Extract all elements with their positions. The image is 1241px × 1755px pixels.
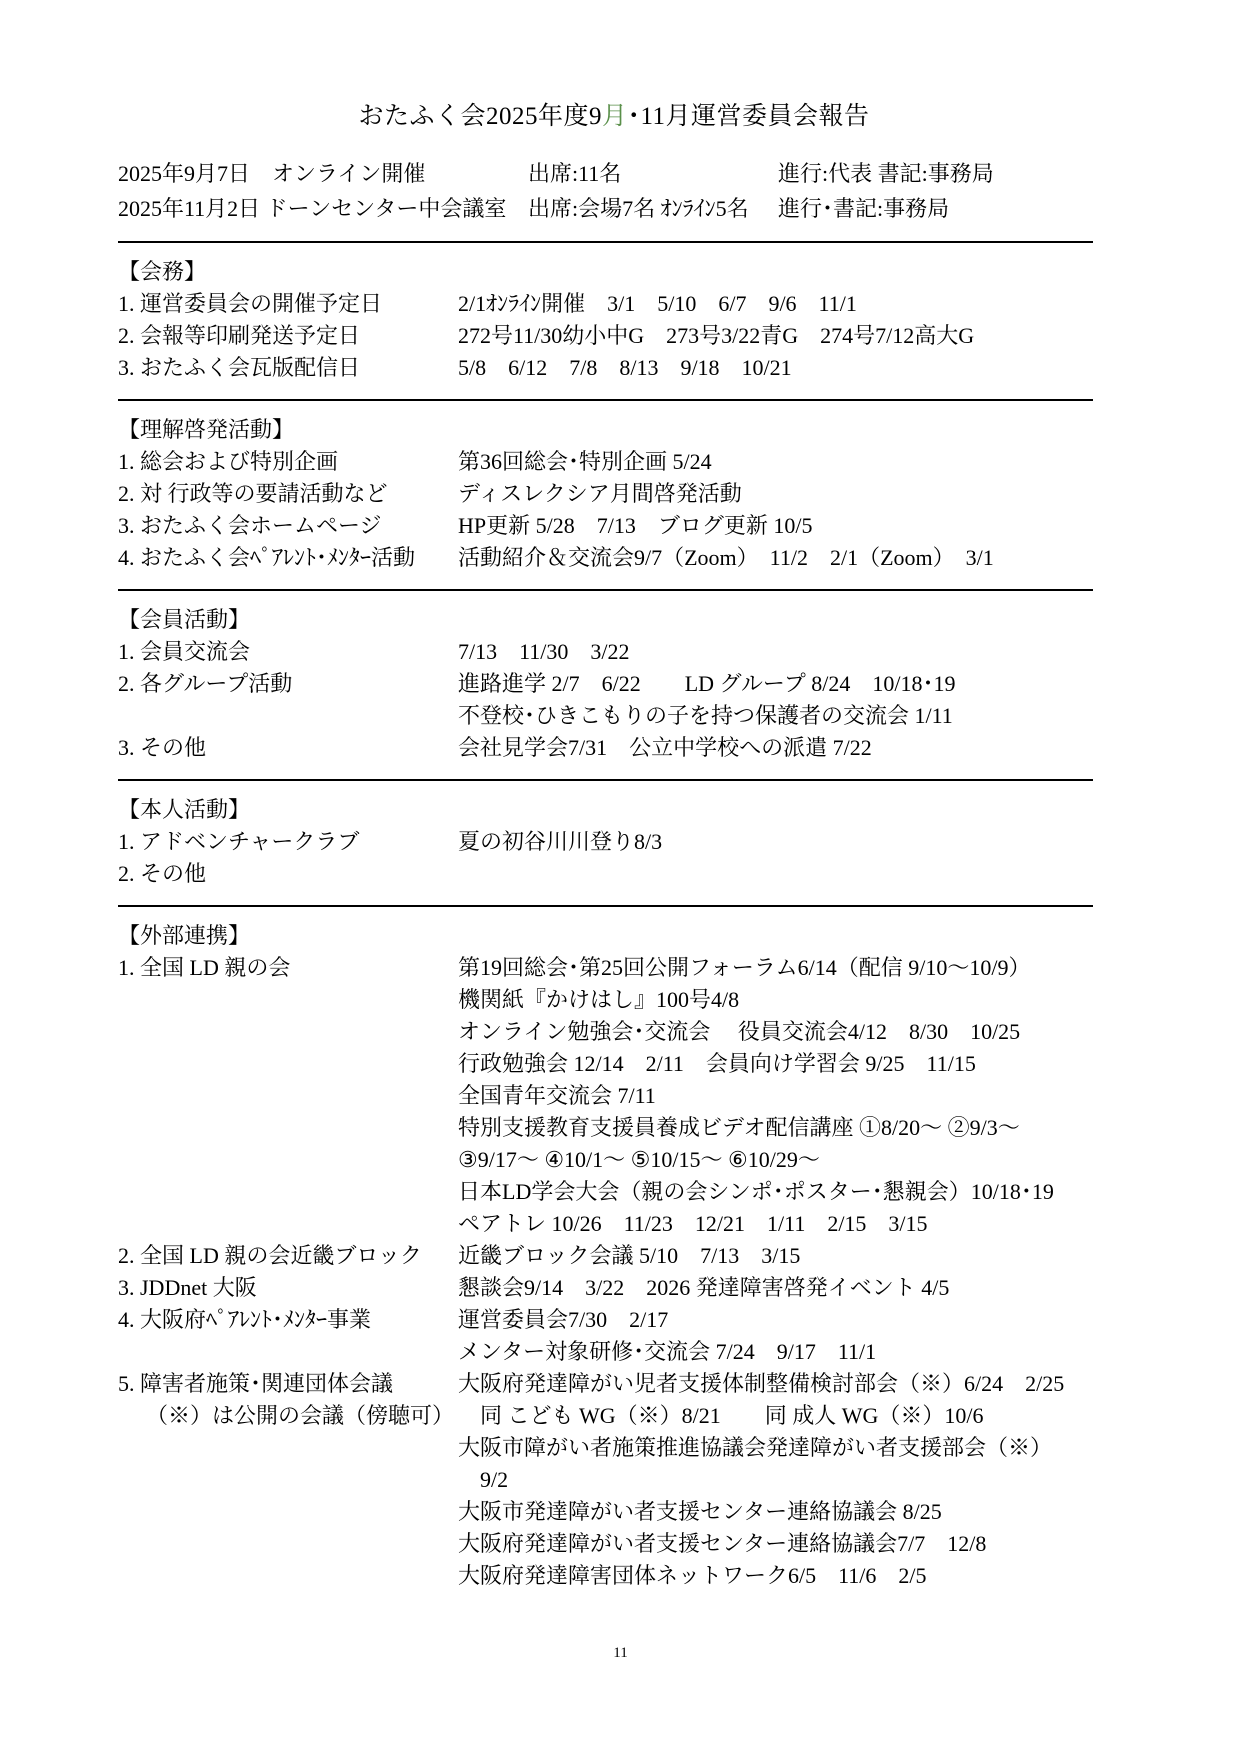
row-label: 2. 各グループ活動 xyxy=(118,668,458,700)
meeting-date-place: 2025年9月7日 オンライン開催 xyxy=(118,156,528,191)
row-label: 3. JDDnet 大阪 xyxy=(118,1272,458,1304)
report-row: 2. 対 行政等の要請活動などディスレクシア月間啓発活動 xyxy=(118,478,1110,510)
row-label: 1. 会員交流会 xyxy=(118,636,458,668)
title-highlight: 月 xyxy=(602,103,628,130)
row-label: 4. おたふく会ﾍﾟｱﾚﾝﾄ･ﾒﾝﾀｰ活動 xyxy=(118,542,458,574)
row-label: 1. 全国 LD 親の会 xyxy=(118,952,458,984)
row-label-text: 3. JDDnet 大阪 xyxy=(118,1272,458,1304)
row-label-text: 2. 会報等印刷発送予定日 xyxy=(118,320,458,352)
meeting-admin: 進行:代表 書記:事務局 xyxy=(778,156,1110,191)
row-label: 1. 総会および特別企画 xyxy=(118,446,458,478)
row-value-line: 夏の初谷川川登り8/3 xyxy=(458,826,1110,858)
section: 【理解啓発活動】1. 総会および特別企画第36回総会･特別企画 5/242. 対… xyxy=(118,414,1110,574)
row-value-line: 運営委員会7/30 2/17 xyxy=(458,1304,1110,1336)
row-values: 大阪府発達障がい児者支援体制整備検討部会（※）6/24 2/25 同 こども W… xyxy=(458,1368,1110,1592)
row-value-line: HP更新 5/28 7/13 ブログ更新 10/5 xyxy=(458,510,1110,542)
row-values: 夏の初谷川川登り8/3 xyxy=(458,826,1110,858)
row-values: 5/8 6/12 7/8 8/13 9/18 10/21 xyxy=(458,352,1110,384)
row-label-text: 3. おたふく会ホームページ xyxy=(118,510,458,542)
row-value-line: 大阪府発達障がい者支援センター連絡協議会7/7 12/8 xyxy=(458,1528,1110,1560)
page-title: おたふく会2025年度9月･11月運営委員会報告 xyxy=(118,0,1110,134)
sections: 【会務】1. 運営委員会の開催予定日2/1ｵﾝﾗｲﾝ開催 3/1 5/10 6/… xyxy=(118,256,1110,1592)
row-label-text: 1. 運営委員会の開催予定日 xyxy=(118,288,458,320)
row-label-text: 2. 全国 LD 親の会近畿ブロック xyxy=(118,1240,458,1272)
row-values: 7/13 11/30 3/22 xyxy=(458,636,1110,668)
report-content: おたふく会2025年度9月･11月運営委員会報告 2025年9月7日 オンライン… xyxy=(118,0,1110,1592)
section: 【会員活動】1. 会員交流会7/13 11/30 3/222. 各グループ活動進… xyxy=(118,604,1110,764)
meeting-attendance: 出席:11名 xyxy=(528,156,778,191)
row-value-line: ディスレクシア月間啓発活動 xyxy=(458,478,1110,510)
report-row: 4. おたふく会ﾍﾟｱﾚﾝﾄ･ﾒﾝﾀｰ活動活動紹介＆交流会9/7（Zoom） 1… xyxy=(118,542,1110,574)
row-values: ディスレクシア月間啓発活動 xyxy=(458,478,1110,510)
report-page: おたふく会2025年度9月･11月運営委員会報告 2025年9月7日 オンライン… xyxy=(0,0,1241,1755)
row-values: 運営委員会7/30 2/17メンター対象研修･交流会 7/24 9/17 11/… xyxy=(458,1304,1110,1368)
row-value-line: 2/1ｵﾝﾗｲﾝ開催 3/1 5/10 6/7 9/6 11/1 xyxy=(458,288,1110,320)
row-value-line: 日本LD学会大会（親の会シンポ･ポスター･懇親会）10/18･19 xyxy=(458,1176,1110,1208)
row-value-line: オンライン勉強会･交流会 役員交流会4/12 8/30 10/25 xyxy=(458,1016,1110,1048)
report-row: 1. 会員交流会7/13 11/30 3/22 xyxy=(118,636,1110,668)
row-label: 2. 全国 LD 親の会近畿ブロック xyxy=(118,1240,458,1272)
report-row: 1. 総会および特別企画第36回総会･特別企画 5/24 xyxy=(118,446,1110,478)
row-value-line: ペアトレ 10/26 11/23 12/21 1/11 2/15 3/15 xyxy=(458,1208,1110,1240)
row-value-line: 活動紹介＆交流会9/7（Zoom） 11/2 2/1（Zoom） 3/1 xyxy=(458,542,1110,574)
row-label-note: （※）は公開の会議（傍聴可） xyxy=(118,1400,458,1432)
row-value-line: 7/13 11/30 3/22 xyxy=(458,636,1110,668)
row-label-text: 2. その他 xyxy=(118,858,458,890)
row-value-line: 同 こども WG（※）8/21 同 成人 WG（※）10/6 xyxy=(458,1400,1110,1432)
row-label-text: 4. おたふく会ﾍﾟｱﾚﾝﾄ･ﾒﾝﾀｰ活動 xyxy=(118,542,458,574)
meeting-info: 2025年9月7日 オンライン開催 出席:11名 進行:代表 書記:事務局 20… xyxy=(118,156,1110,226)
row-label-text: 2. 各グループ活動 xyxy=(118,668,458,700)
row-values: 272号11/30幼小中G 273号3/22青G 274号7/12高大G xyxy=(458,320,1110,352)
row-label: 3. おたふく会ホームページ xyxy=(118,510,458,542)
title-suffix: ･11月運営委員会報告 xyxy=(627,103,869,130)
section-divider xyxy=(118,589,1093,591)
row-value-line: 大阪市障がい者施策推進協議会発達障がい者支援部会（※） xyxy=(458,1432,1110,1464)
row-label: 2. その他 xyxy=(118,858,458,890)
report-row: 2. 全国 LD 親の会近畿ブロック近畿ブロック会議 5/10 7/13 3/1… xyxy=(118,1240,1110,1272)
row-label-text: 4. 大阪府ﾍﾟｱﾚﾝﾄ･ﾒﾝﾀｰ事業 xyxy=(118,1304,458,1336)
row-label: 4. 大阪府ﾍﾟｱﾚﾝﾄ･ﾒﾝﾀｰ事業 xyxy=(118,1304,458,1336)
row-label-text: 1. 総会および特別企画 xyxy=(118,446,458,478)
row-value-line: 第19回総会･第25回公開フォーラム6/14（配信 9/10～10/9） xyxy=(458,952,1110,984)
meeting-date-place: 2025年11月2日 ドーンセンター中会議室 xyxy=(118,191,528,226)
report-row: 3. おたふく会ホームページHP更新 5/28 7/13 ブログ更新 10/5 xyxy=(118,510,1110,542)
row-value-line: ③9/17～ ④10/1～ ⑤10/15～ ⑥10/29～ xyxy=(458,1144,1110,1176)
meeting-info-row: 2025年9月7日 オンライン開催 出席:11名 進行:代表 書記:事務局 xyxy=(118,156,1110,191)
section: 【本人活動】1. アドベンチャークラブ夏の初谷川川登り8/32. その他 xyxy=(118,794,1110,890)
row-values: 進路進学 2/7 6/22 LD グループ 8/24 10/18･19不登校･ひ… xyxy=(458,668,1110,732)
row-label-text: 5. 障害者施策･関連団体会議 xyxy=(118,1368,458,1400)
header-divider xyxy=(118,241,1093,243)
report-row: 2. その他 xyxy=(118,858,1110,890)
row-values xyxy=(458,858,1110,890)
row-value-line: 進路進学 2/7 6/22 LD グループ 8/24 10/18･19 xyxy=(458,668,1110,700)
section: 【外部連携】1. 全国 LD 親の会第19回総会･第25回公開フォーラム6/14… xyxy=(118,920,1110,1592)
report-row: 4. 大阪府ﾍﾟｱﾚﾝﾄ･ﾒﾝﾀｰ事業運営委員会7/30 2/17メンター対象研… xyxy=(118,1304,1110,1368)
section-heading: 【会員活動】 xyxy=(118,604,1110,636)
row-value-line: 機関紙『かけはし』100号4/8 xyxy=(458,984,1110,1016)
row-label: 2. 会報等印刷発送予定日 xyxy=(118,320,458,352)
row-value-line: 第36回総会･特別企画 5/24 xyxy=(458,446,1110,478)
row-value-line: 行政勉強会 12/14 2/11 会員向け学習会 9/25 11/15 xyxy=(458,1048,1110,1080)
report-row: 5. 障害者施策･関連団体会議（※）は公開の会議（傍聴可）大阪府発達障がい児者支… xyxy=(118,1368,1110,1592)
report-row: 3. その他会社見学会7/31 公立中学校への派遣 7/22 xyxy=(118,732,1110,764)
row-label-text: 1. 会員交流会 xyxy=(118,636,458,668)
row-values: 2/1ｵﾝﾗｲﾝ開催 3/1 5/10 6/7 9/6 11/1 xyxy=(458,288,1110,320)
row-value-line: 懇談会9/14 3/22 2026 発達障害啓発イベント 4/5 xyxy=(458,1272,1110,1304)
meeting-attendance: 出席:会場7名 ｵﾝﾗｲﾝ5名 xyxy=(528,191,778,226)
row-label: 2. 対 行政等の要請活動など xyxy=(118,478,458,510)
title-prefix: おたふく会2025年度9 xyxy=(358,103,602,130)
report-row: 2. 会報等印刷発送予定日272号11/30幼小中G 273号3/22青G 27… xyxy=(118,320,1110,352)
row-label-text: 1. アドベンチャークラブ xyxy=(118,826,458,858)
row-label: 3. その他 xyxy=(118,732,458,764)
meeting-info-row: 2025年11月2日 ドーンセンター中会議室 出席:会場7名 ｵﾝﾗｲﾝ5名 進… xyxy=(118,191,1110,226)
row-label-text: 3. おたふく会瓦版配信日 xyxy=(118,352,458,384)
row-values: 第19回総会･第25回公開フォーラム6/14（配信 9/10～10/9）機関紙『… xyxy=(458,952,1110,1240)
row-values: 会社見学会7/31 公立中学校への派遣 7/22 xyxy=(458,732,1110,764)
row-values: 近畿ブロック会議 5/10 7/13 3/15 xyxy=(458,1240,1110,1272)
row-label-text: 2. 対 行政等の要請活動など xyxy=(118,478,458,510)
row-value-line: 不登校･ひきこもりの子を持つ保護者の交流会 1/11 xyxy=(458,700,1110,732)
row-value-line: 9/2 xyxy=(458,1464,1110,1496)
meeting-admin: 進行･書記:事務局 xyxy=(778,191,1110,226)
row-values: 活動紹介＆交流会9/7（Zoom） 11/2 2/1（Zoom） 3/1 xyxy=(458,542,1110,574)
section-divider xyxy=(118,399,1093,401)
report-row: 2. 各グループ活動進路進学 2/7 6/22 LD グループ 8/24 10/… xyxy=(118,668,1110,732)
row-label-text: 3. その他 xyxy=(118,732,458,764)
row-values: 懇談会9/14 3/22 2026 発達障害啓発イベント 4/5 xyxy=(458,1272,1110,1304)
section-heading: 【本人活動】 xyxy=(118,794,1110,826)
row-value-line: 大阪府発達障がい児者支援体制整備検討部会（※）6/24 2/25 xyxy=(458,1368,1110,1400)
report-row: 3. JDDnet 大阪懇談会9/14 3/22 2026 発達障害啓発イベント… xyxy=(118,1272,1110,1304)
row-value-line: 大阪府発達障害団体ネットワーク6/5 11/6 2/5 xyxy=(458,1560,1110,1592)
row-value-line: 5/8 6/12 7/8 8/13 9/18 10/21 xyxy=(458,352,1110,384)
row-value-line: 大阪市発達障がい者支援センター連絡協議会 8/25 xyxy=(458,1496,1110,1528)
row-value-line xyxy=(458,858,1110,890)
row-label: 1. 運営委員会の開催予定日 xyxy=(118,288,458,320)
row-label: 1. アドベンチャークラブ xyxy=(118,826,458,858)
row-value-line: 全国青年交流会 7/11 xyxy=(458,1080,1110,1112)
section: 【会務】1. 運営委員会の開催予定日2/1ｵﾝﾗｲﾝ開催 3/1 5/10 6/… xyxy=(118,256,1110,384)
row-label: 3. おたふく会瓦版配信日 xyxy=(118,352,458,384)
report-row: 3. おたふく会瓦版配信日5/8 6/12 7/8 8/13 9/18 10/2… xyxy=(118,352,1110,384)
report-row: 1. 全国 LD 親の会第19回総会･第25回公開フォーラム6/14（配信 9/… xyxy=(118,952,1110,1240)
page-number: 11 xyxy=(0,1645,1241,1662)
section-heading: 【外部連携】 xyxy=(118,920,1110,952)
row-label-text: 1. 全国 LD 親の会 xyxy=(118,952,458,984)
row-value-line: 特別支援教育支援員養成ビデオ配信講座 ①8/20～ ②9/3～ xyxy=(458,1112,1110,1144)
row-values: 第36回総会･特別企画 5/24 xyxy=(458,446,1110,478)
section-heading: 【理解啓発活動】 xyxy=(118,414,1110,446)
section-heading: 【会務】 xyxy=(118,256,1110,288)
row-value-line: 会社見学会7/31 公立中学校への派遣 7/22 xyxy=(458,732,1110,764)
row-values: HP更新 5/28 7/13 ブログ更新 10/5 xyxy=(458,510,1110,542)
section-divider xyxy=(118,905,1093,907)
row-value-line: メンター対象研修･交流会 7/24 9/17 11/1 xyxy=(458,1336,1110,1368)
section-divider xyxy=(118,779,1093,781)
report-row: 1. アドベンチャークラブ夏の初谷川川登り8/3 xyxy=(118,826,1110,858)
row-label: 5. 障害者施策･関連団体会議（※）は公開の会議（傍聴可） xyxy=(118,1368,458,1432)
report-row: 1. 運営委員会の開催予定日2/1ｵﾝﾗｲﾝ開催 3/1 5/10 6/7 9/… xyxy=(118,288,1110,320)
row-value-line: 近畿ブロック会議 5/10 7/13 3/15 xyxy=(458,1240,1110,1272)
row-value-line: 272号11/30幼小中G 273号3/22青G 274号7/12高大G xyxy=(458,320,1110,352)
